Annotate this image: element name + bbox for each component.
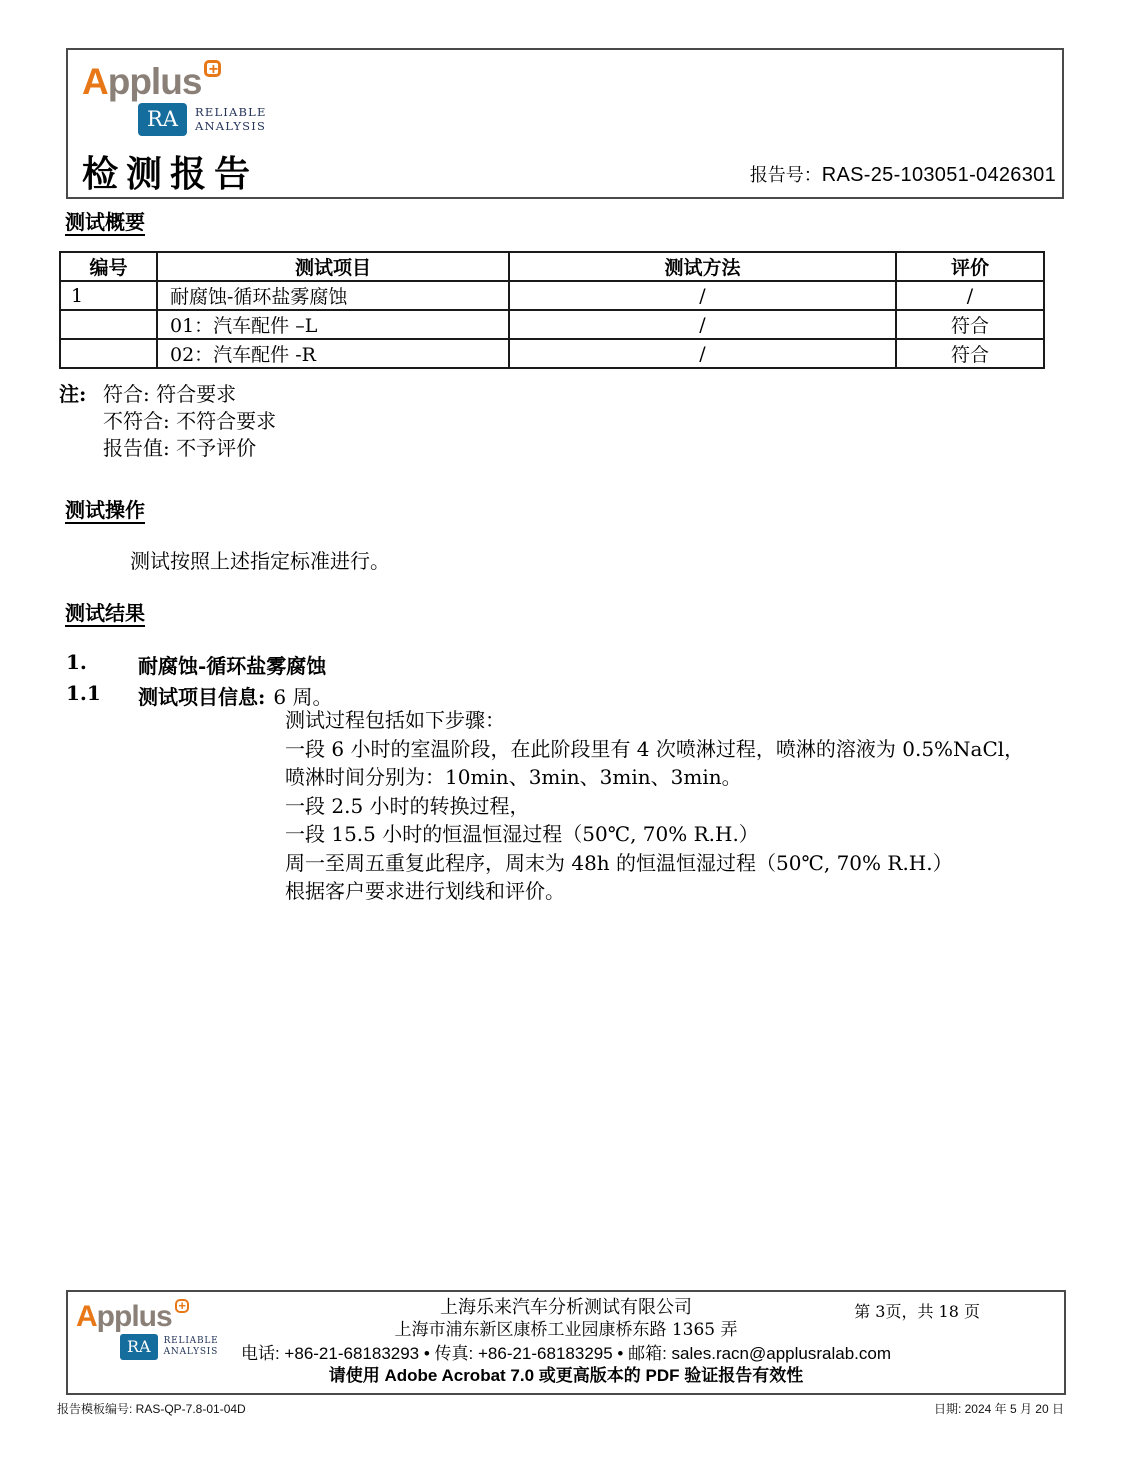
cell-eval: 符合 bbox=[896, 339, 1044, 368]
template-number: 报告模板编号: RAS-QP-7.8-01-04D bbox=[57, 1400, 246, 1417]
footer-box: Applus+ RA RELIABLE ANALYSIS 上海乐来汽车分析测试有… bbox=[66, 1290, 1066, 1395]
ra-badge: RA bbox=[138, 103, 187, 136]
summary-heading: 测试概要 bbox=[65, 206, 145, 235]
step-line: 一段 6 小时的室温阶段，在此阶段里有 4 次喷淋过程，喷淋的溶液为 0.5%N… bbox=[285, 735, 1024, 764]
notes-block: 注: 符合: 符合要求 不符合: 不符合要求 报告值: 不予评价 bbox=[59, 381, 276, 462]
col-header-method: 测试方法 bbox=[509, 252, 896, 281]
footer-address: 上海市浦东新区康桥工业园康桥东路 1365 弄 bbox=[68, 1319, 1064, 1342]
cell-item: 02：汽车配件 -R bbox=[157, 339, 509, 368]
table-row: 02：汽车配件 -R / 符合 bbox=[60, 339, 1044, 368]
step-line: 周一至周五重复此程序，周末为 48h 的恒温恒湿过程（50℃, 70% R.H.… bbox=[285, 849, 1024, 878]
tagline-line2: ANALYSIS bbox=[195, 119, 266, 133]
cell-item: 01：汽车配件 –L bbox=[157, 310, 509, 339]
tagline-line1: RELIABLE bbox=[195, 105, 267, 119]
col-header-eval: 评价 bbox=[896, 252, 1044, 281]
summary-table: 编号 测试项目 测试方法 评价 1 耐腐蚀-循环盐雾腐蚀 / / 01：汽车配件… bbox=[59, 251, 1045, 369]
doc-title: 检测报告 bbox=[82, 146, 258, 197]
cell-eval: / bbox=[896, 281, 1044, 310]
table-row: 1 耐腐蚀-循环盐雾腐蚀 / / bbox=[60, 281, 1044, 310]
cell-method: / bbox=[509, 281, 896, 310]
brand-rest: pplus bbox=[108, 61, 202, 102]
brand-subline: RA RELIABLE ANALYSIS bbox=[138, 103, 267, 136]
report-number: 报告号：RAS-25-103051-0426301 bbox=[750, 161, 1056, 187]
note-line: 报告值: 不予评价 bbox=[103, 435, 276, 462]
cell-no bbox=[60, 339, 157, 368]
applus-logo: Applus+ RA RELIABLE ANALYSIS bbox=[82, 60, 267, 136]
operation-text: 测试按照上述指定标准进行。 bbox=[130, 545, 390, 574]
cell-item: 耐腐蚀-循环盐雾腐蚀 bbox=[157, 281, 509, 310]
cell-no bbox=[60, 310, 157, 339]
note-line: 不符合: 不符合要求 bbox=[103, 408, 276, 435]
plus-icon: + bbox=[204, 60, 221, 77]
col-header-no: 编号 bbox=[60, 252, 157, 281]
step-line: 根据客户要求进行划线和评价。 bbox=[285, 877, 1024, 906]
report-page: Applus+ RA RELIABLE ANALYSIS 检测报告 报告号：RA… bbox=[0, 0, 1133, 1467]
footer-validity-note: 请使用 Adobe Acrobat 7.0 或更高版本的 PDF 验证报告有效性 bbox=[68, 1361, 1064, 1386]
ra-tagline: RELIABLE ANALYSIS bbox=[195, 106, 267, 134]
footer-meta-row: 报告模板编号: RAS-QP-7.8-01-04D 日期: 2024 年 5 月… bbox=[57, 1400, 1064, 1417]
report-number-value: RAS-25-103051-0426301 bbox=[822, 164, 1056, 186]
results-heading: 测试结果 bbox=[65, 597, 145, 626]
test-steps-block: 测试过程包括如下步骤： 一段 6 小时的室温阶段，在此阶段里有 4 次喷淋过程，… bbox=[285, 706, 1024, 906]
cell-eval: 符合 bbox=[896, 310, 1044, 339]
cell-method: / bbox=[509, 310, 896, 339]
cell-method: / bbox=[509, 339, 896, 368]
table-header-row: 编号 测试项目 测试方法 评价 bbox=[60, 252, 1044, 281]
report-number-label: 报告号： bbox=[750, 165, 822, 186]
result-sub-label: 测试项目信息: bbox=[138, 681, 265, 710]
step-line: 一段 2.5 小时的转换过程， bbox=[285, 792, 1024, 821]
step-line: 喷淋时间分别为：10min、3min、3min、3min。 bbox=[285, 763, 1024, 792]
brand-letter-a: A bbox=[82, 61, 108, 102]
report-date: 日期: 2024 年 5 月 20 日 bbox=[934, 1400, 1064, 1417]
footer-page-info: 第 3页，共 18 页 bbox=[854, 1299, 980, 1322]
result-item: 1. 耐腐蚀-循环盐雾腐蚀 bbox=[66, 650, 326, 679]
result-sub-number: 1.1 bbox=[66, 681, 138, 710]
result-item-title: 耐腐蚀-循环盐雾腐蚀 bbox=[138, 650, 326, 679]
operation-heading: 测试操作 bbox=[65, 494, 145, 523]
result-item-number: 1. bbox=[66, 650, 138, 679]
note-label: 注: bbox=[59, 381, 103, 408]
brand-wordmark: Applus+ bbox=[82, 60, 267, 100]
note-line: 注: 符合: 符合要求 bbox=[59, 381, 276, 408]
step-line: 测试过程包括如下步骤： bbox=[285, 706, 1024, 735]
step-line: 一段 15.5 小时的恒温恒湿过程（50℃, 70% R.H.） bbox=[285, 820, 1024, 849]
col-header-item: 测试项目 bbox=[157, 252, 509, 281]
cell-no: 1 bbox=[60, 281, 157, 310]
note-text: 符合: 符合要求 bbox=[103, 381, 236, 408]
table-row: 01：汽车配件 –L / 符合 bbox=[60, 310, 1044, 339]
header-box: Applus+ RA RELIABLE ANALYSIS 检测报告 报告号：RA… bbox=[66, 48, 1064, 199]
